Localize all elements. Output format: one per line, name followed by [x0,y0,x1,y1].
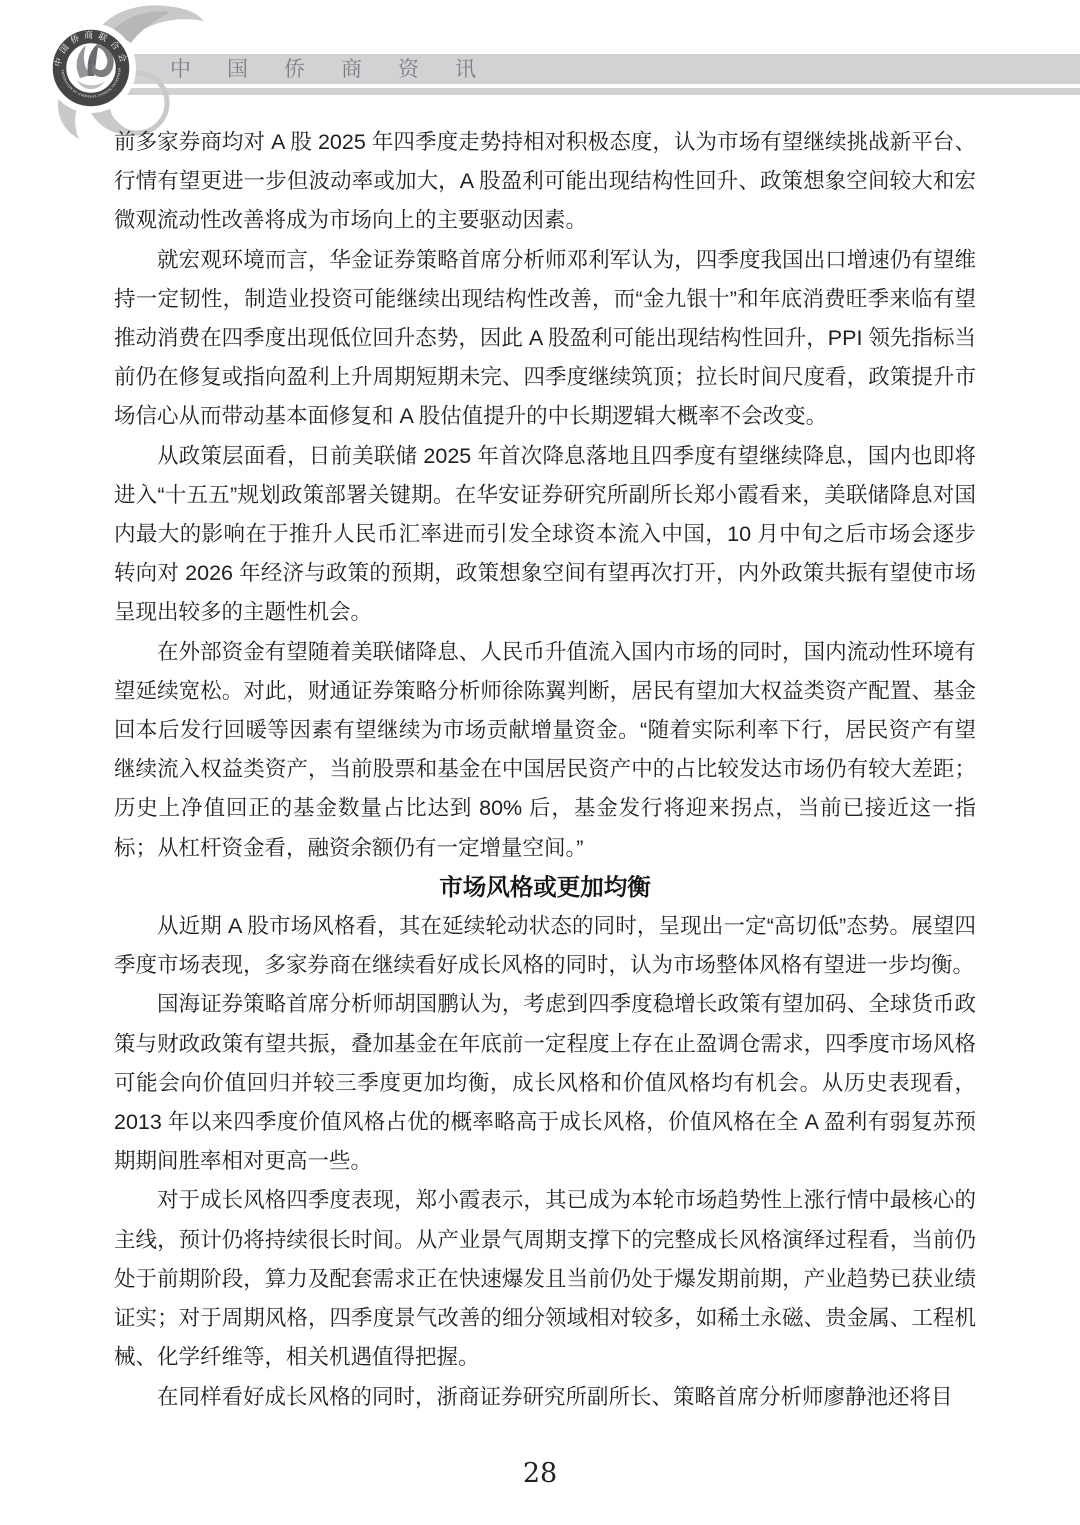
paragraph: 从近期 A 股市场风格看，其在延续轮动状态的同时，呈现出一定“高切低”态势。展望… [114,907,976,985]
section-heading: 市场风格或更加均衡 [114,868,976,907]
paragraph: 从政策层面看，日前美联储 2025 年首次降息落地且四季度有望继续降息，国内也即… [114,437,976,633]
page-number: 28 [0,1458,1080,1489]
header-divider-bar [125,88,1080,95]
paragraph: 在同样看好成长风格的同时，浙商证券研究所副所长、策略首席分析师廖静池还将目 [114,1378,976,1417]
article-body: 前多家券商均对 A 股 2025 年四季度走势持相对积极态度，认为市场有望继续挑… [114,123,976,1417]
paragraph: 国海证券策略首席分析师胡国鹏认为，考虑到四季度稳增长政策有望加码、全球货币政策与… [114,985,976,1181]
paragraph: 在外部资金有望随着美联储降息、人民币升值流入国内市场的同时，国内流动性环境有望延… [114,633,976,868]
magazine-page: 中国侨商资讯 中国侨商联合会 CHINA FEDERATION OF OVERS… [0,0,1080,1525]
paragraph: 就宏观环境而言，华金证券策略首席分析师邓利军认为，四季度我国出口增速仍有望维持一… [114,241,976,437]
paragraph: 对于成长风格四季度表现，郑小霞表示，其已成为本轮市场趋势性上涨行情中最核心的主线… [114,1181,976,1377]
paragraph: 前多家券商均对 A 股 2025 年四季度走势持相对积极态度，认为市场有望继续挑… [114,123,976,241]
